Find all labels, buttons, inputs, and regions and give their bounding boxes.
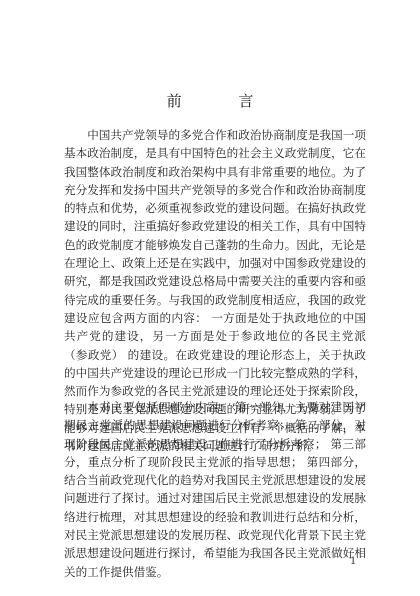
paragraph-2-block: 本书主要包括四部分内容： 第一部分，主要对建国初期民主党派的思想建设问题进行分析… bbox=[64, 398, 366, 581]
page-number: 1 bbox=[350, 556, 356, 567]
paragraph: 本书主要包括四部分内容： 第一部分，主要对建国初期民主党派的思想建设问题进行分析… bbox=[64, 398, 366, 581]
document-page: 前 言 中国共产党领导的多党合作和政治协商制度是我国一项基本政治制度，是具有中国… bbox=[0, 0, 420, 596]
page-title: 前 言 bbox=[0, 90, 420, 111]
